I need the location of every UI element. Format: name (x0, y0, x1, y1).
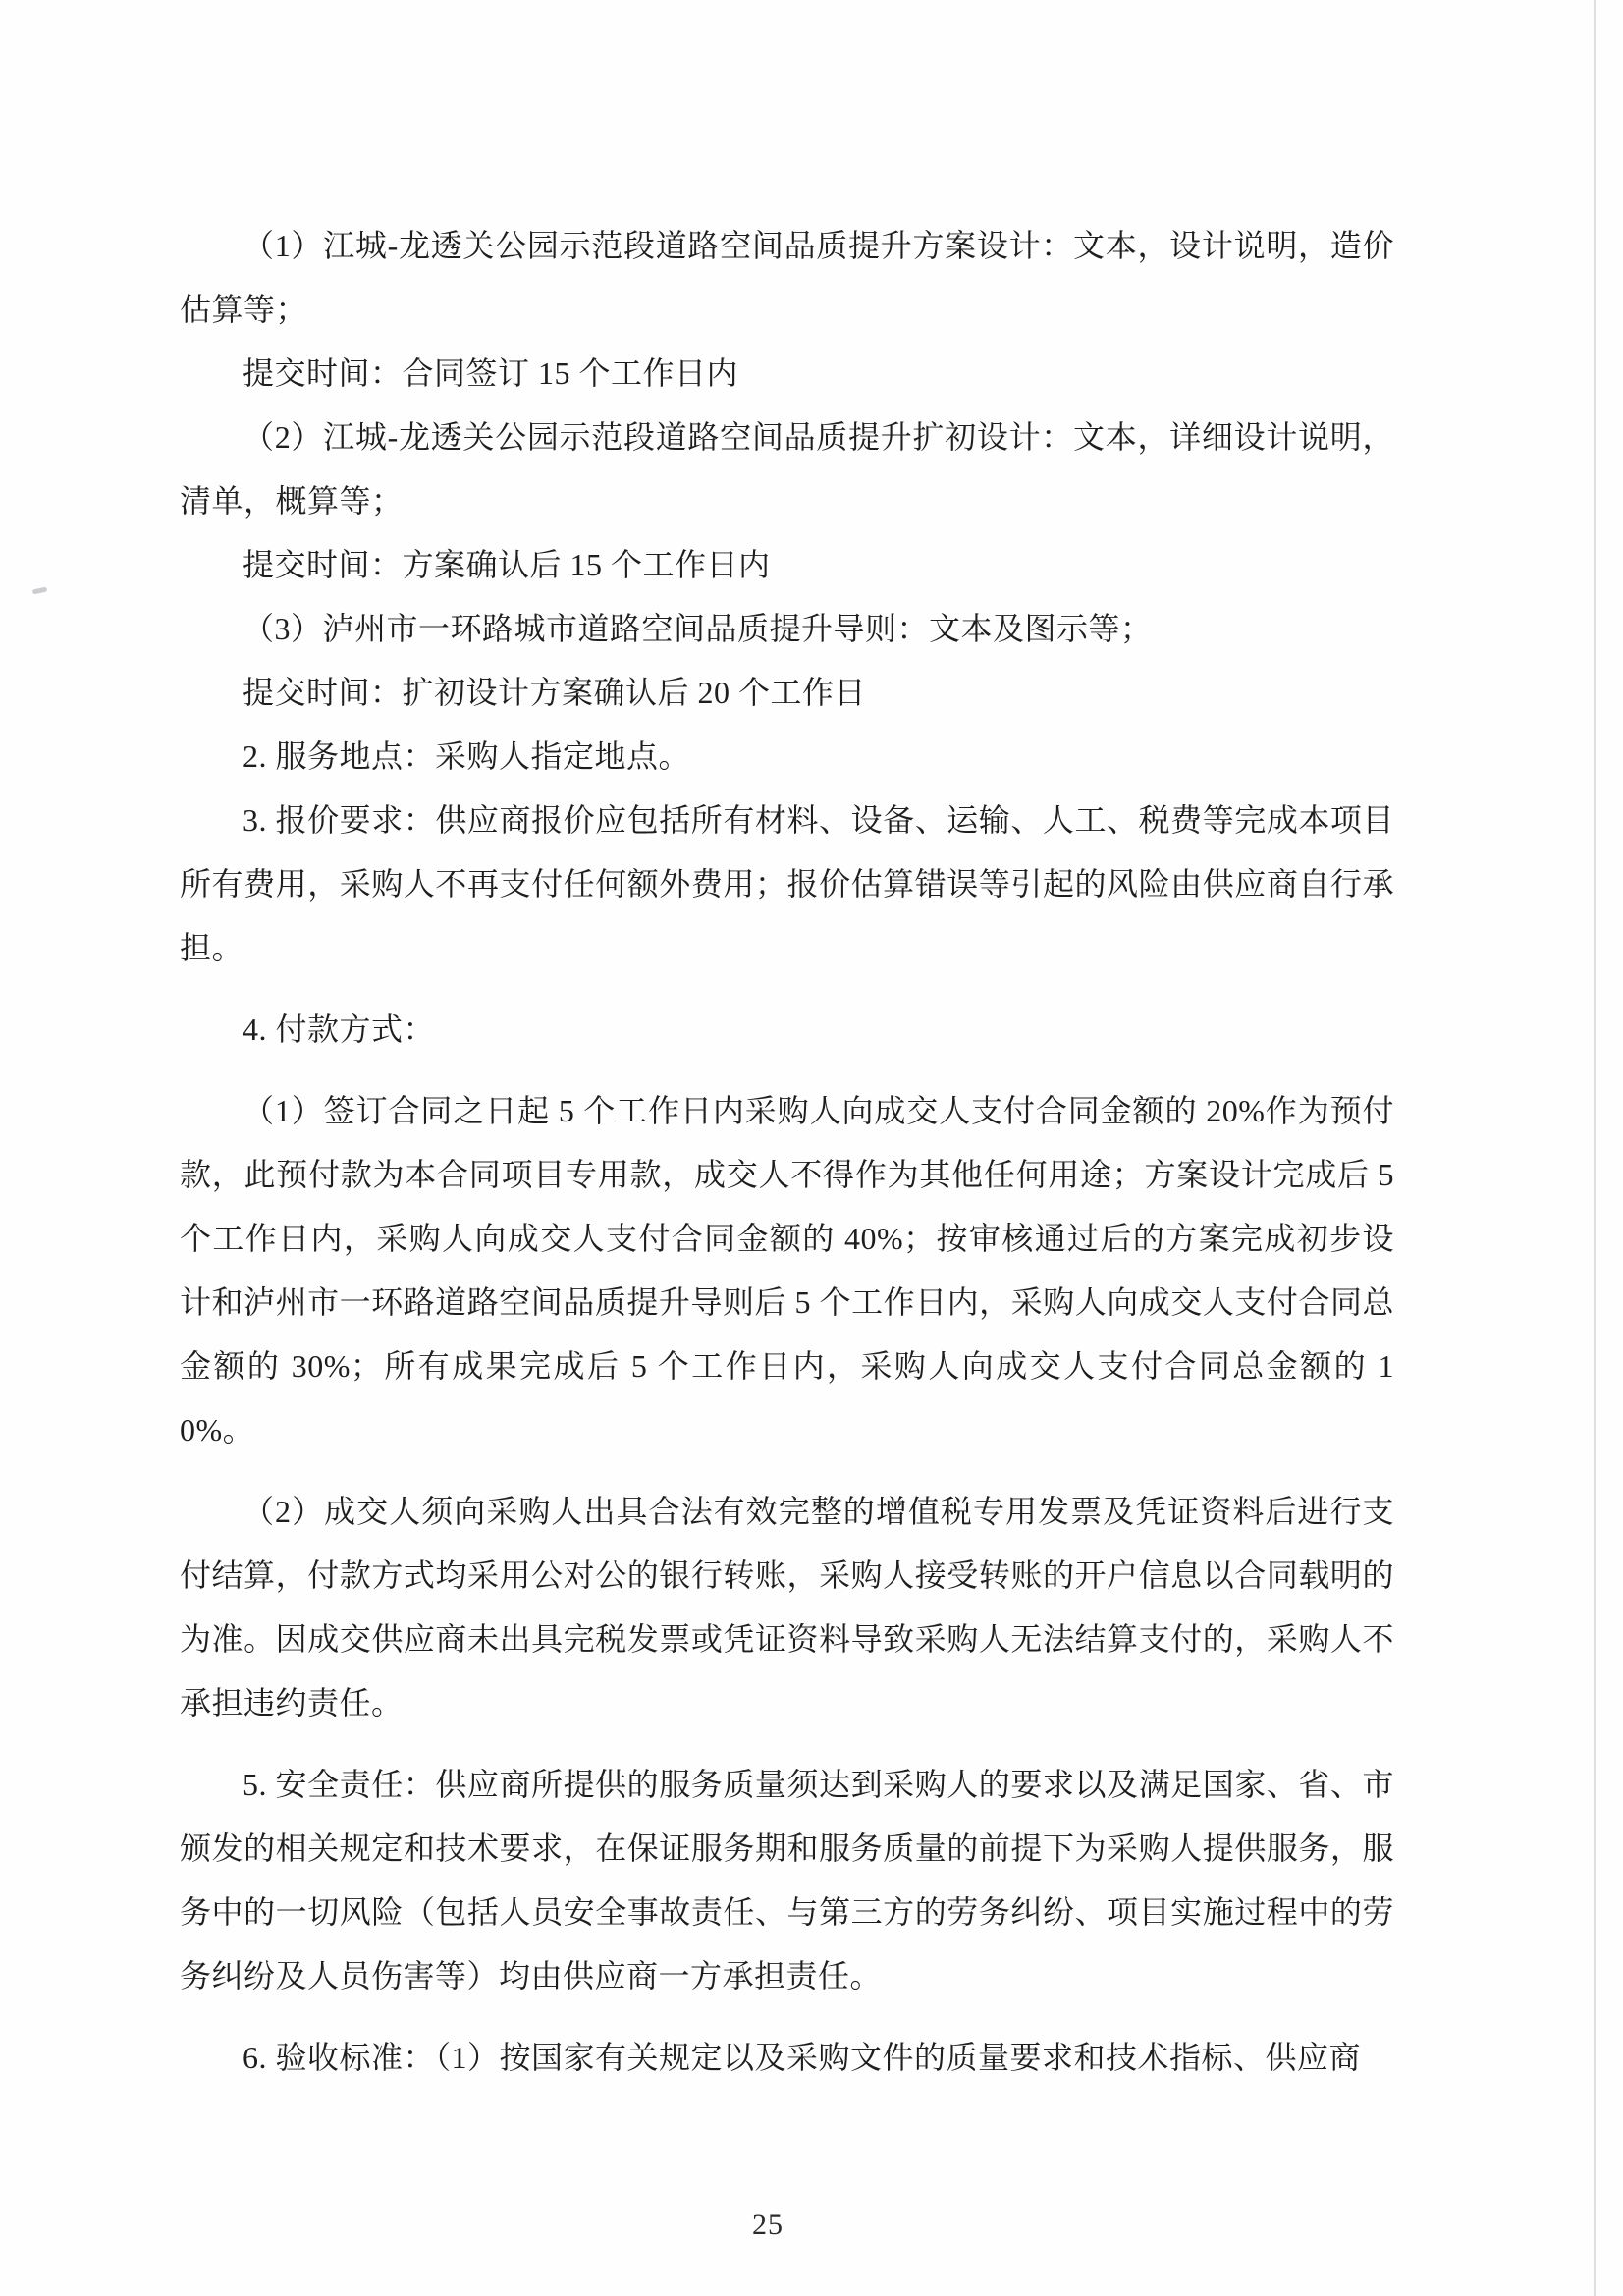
paragraph: （2）江城-龙透关公园示范段道路空间品质提升扩初设计：文本，详细设计说明，清单，… (180, 406, 1394, 533)
paragraph: 3. 报价要求：供应商报价应包括所有材料、设备、运输、人工、税费等完成本项目所有… (180, 789, 1394, 980)
page-number: 25 (738, 2209, 797, 2242)
paragraph: 提交时间：方案确认后 15 个工作日内 (180, 533, 1394, 597)
document-body: （1）江城-龙透关公园示范段道路空间品质提升方案设计：文本，设计说明，造价估算等… (180, 214, 1394, 2090)
paragraph: （3）泸州市一环路城市道路空间品质提升导则：文本及图示等； (180, 597, 1394, 661)
paragraph: 提交时间：扩初设计方案确认后 20 个工作日 (180, 661, 1394, 725)
paragraph: 5. 安全责任：供应商所提供的服务质量须达到采购人的要求以及满足国家、省、市颁发… (180, 1753, 1394, 2008)
paragraph: 提交时间：合同签订 15 个工作日内 (180, 342, 1394, 406)
paragraph: （1）签订合同之日起 5 个工作日内采购人向成交人支付合同金额的 20%作为预付… (180, 1079, 1394, 1462)
scan-artifact-speck (32, 586, 48, 594)
paragraph: （2）成交人须向采购人出具合法有效完整的增值税专用发票及凭证资料后进行支付结算，… (180, 1480, 1394, 1735)
paragraph: 4. 付款方式： (180, 998, 1394, 1062)
scan-artifact-vertical-line (1594, 0, 1596, 2296)
paragraph: 2. 服务地点：采购人指定地点。 (180, 725, 1394, 789)
paragraph: （1）江城-龙透关公园示范段道路空间品质提升方案设计：文本，设计说明，造价估算等… (180, 214, 1394, 342)
paragraph: 6. 验收标准：（1）按国家有关规定以及采购文件的质量要求和技术指标、供应商 (180, 2026, 1394, 2090)
document-page: （1）江城-龙透关公园示范段道路空间品质提升方案设计：文本，设计说明，造价估算等… (0, 0, 1623, 2296)
